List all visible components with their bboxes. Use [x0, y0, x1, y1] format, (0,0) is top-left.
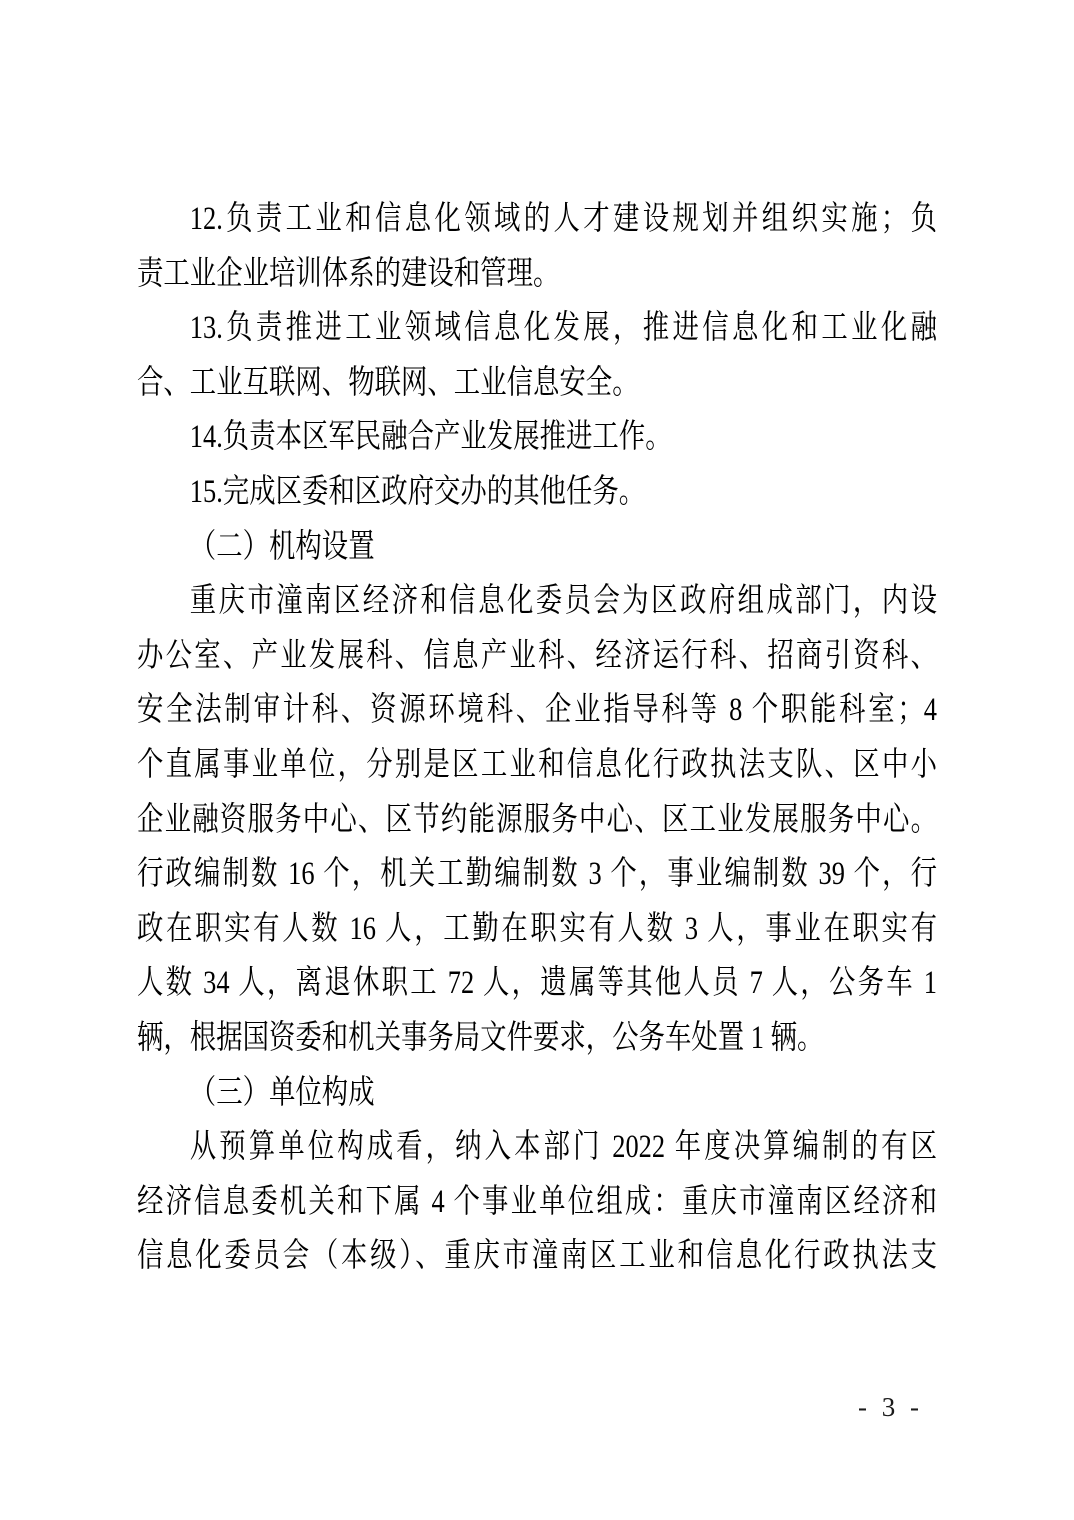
body-text-line: 合、工业互联网、物联网、工业信息安全。 [137, 356, 937, 411]
body-text-line: 重庆市潼南区经济和信息化委员会为区政府组成部门，内设 [137, 574, 937, 629]
body-text-line: 从预算单位构成看，纳入本部门 2022 年度决算编制的有区 [137, 1120, 937, 1175]
document-body: 12.负责工业和信息化领域的人才建设规划并组织实施；负责工业企业培训体系的建设和… [137, 192, 1074, 1284]
body-text-line: 安全法制审计科、资源环境科、企业指导科等 8 个职能科室；4 [137, 683, 937, 738]
body-text-line: 责工业企业培训体系的建设和管理。 [137, 247, 937, 302]
body-text-line: 12.负责工业和信息化领域的人才建设规划并组织实施；负 [137, 192, 937, 247]
body-text-line: 行政编制数 16 个，机关工勤编制数 3 个，事业编制数 39 个，行 [137, 847, 937, 902]
body-text-line: 企业融资服务中心、区节约能源服务中心、区工业发展服务中心。 [137, 793, 937, 848]
body-text-line: 14.负责本区军民融合产业发展推进工作。 [137, 410, 937, 465]
body-text-line: 信息化委员会（本级）、重庆市潼南区工业和信息化行政执法支 [137, 1229, 937, 1284]
page-number: - 3 - [137, 1392, 937, 1423]
section-heading: （二）机构设置 [137, 520, 937, 575]
section-heading: （三）单位构成 [137, 1066, 937, 1121]
body-text-line: 人数 34 人，离退休职工 72 人，遗属等其他人员 7 人，公务车 1 [137, 956, 937, 1011]
body-text-line: 13.负责推进工业领域信息化发展，推进信息化和工业化融 [137, 301, 937, 356]
body-text-line: 个直属事业单位，分别是区工业和信息化行政执法支队、区中小 [137, 738, 937, 793]
body-text-line: 15.完成区委和区政府交办的其他任务。 [137, 465, 937, 520]
document-page: 12.负责工业和信息化领域的人才建设规划并组织实施；负责工业企业培训体系的建设和… [0, 0, 1074, 1520]
body-text-line: 辆，根据国资委和机关事务局文件要求，公务车处置 1 辆。 [137, 1011, 937, 1066]
body-text-line: 办公室、产业发展科、信息产业科、经济运行科、招商引资科、 [137, 629, 937, 684]
body-text-line: 经济信息委机关和下属 4 个事业单位组成：重庆市潼南区经济和 [137, 1175, 937, 1230]
body-text-line: 政在职实有人数 16 人，工勤在职实有人数 3 人，事业在职实有 [137, 902, 937, 957]
